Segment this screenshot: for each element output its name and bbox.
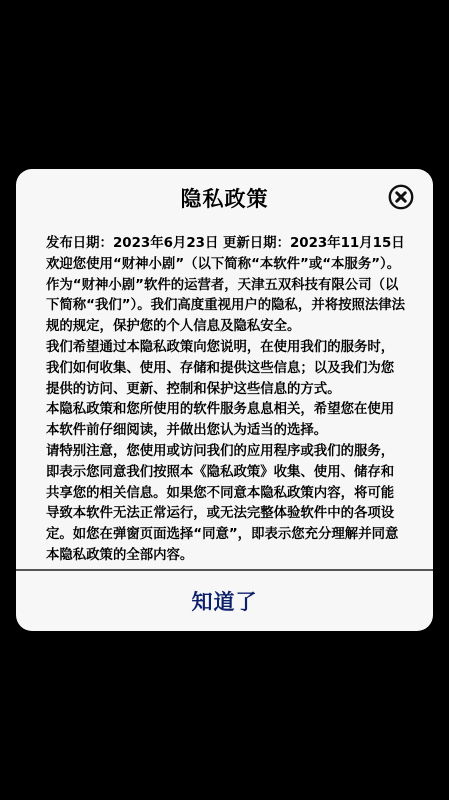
policy-paragraph: 欢迎您使用“财神小剧”（以下简称“本软件”或“本服务”）。作为“财神小剧”软件的… [46,255,406,338]
policy-paragraph: 请特别注意，您使用或访问我们的应用程序或我们的服务，即表示您同意我们按照本《隐私… [46,442,406,567]
policy-dates: 发布日期：2023年6月23日 更新日期：2023年11月15日 [46,234,406,255]
got-it-button[interactable]: 知道了 [16,571,433,631]
privacy-policy-dialog: 隐私政策 发布日期：2023年6月23日 更新日期：2023年11月15日 欢迎… [16,169,433,631]
policy-paragraph: 我们希望通过本隐私政策向您说明，在使用我们的服务时，我们如何收集、使用、存储和提… [46,338,406,400]
policy-paragraph: 本隐私政策和您所使用的软件服务息息相关，希望您在使用本软件前仔细阅读，并做出您认… [46,400,406,442]
policy-content-scroll[interactable]: 发布日期：2023年6月23日 更新日期：2023年11月15日 欢迎您使用“财… [46,234,406,568]
dialog-title: 隐私政策 [16,183,433,213]
close-circle-icon [388,184,414,210]
close-button[interactable] [388,184,414,210]
